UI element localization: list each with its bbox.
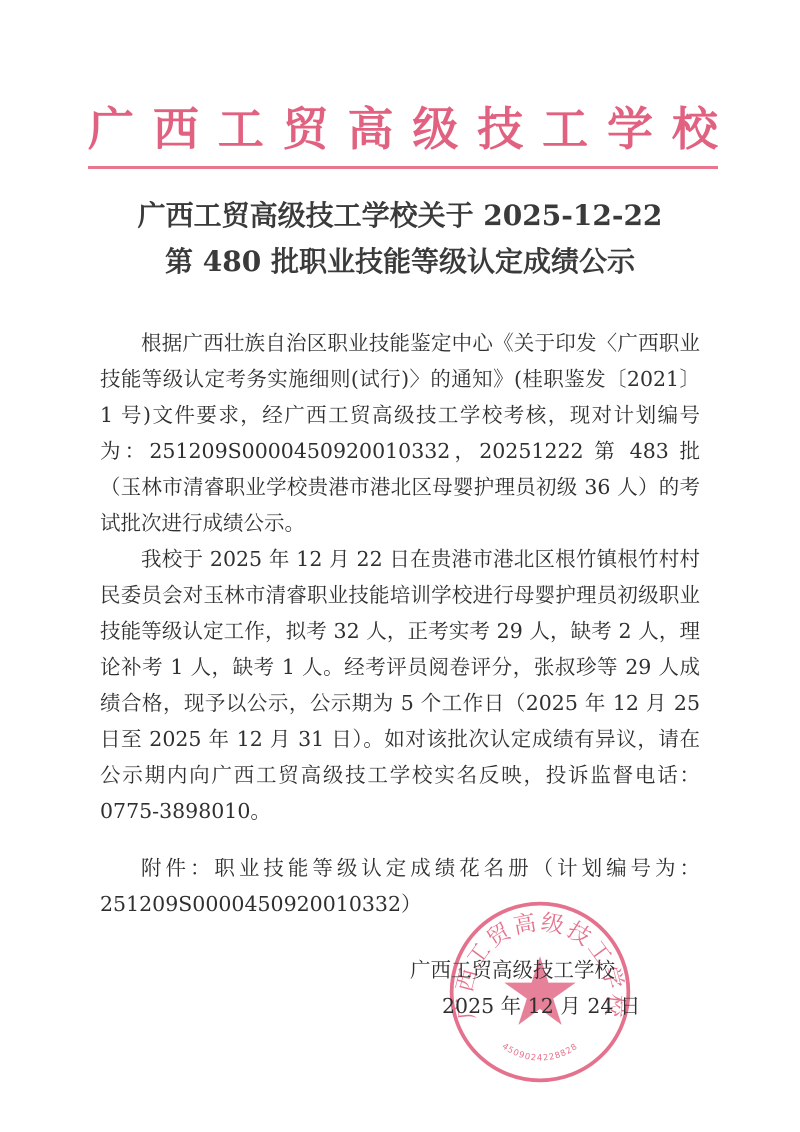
attachment-text: 附件：职业技能等级认定成绩花名册（计划编号为：251209S0000450920…	[100, 850, 700, 922]
letterhead-char: 广	[88, 93, 134, 159]
body-paragraph-1: 根据广西壮族自治区职业技能鉴定中心《关于印发〈广西职业技能等级认定考务实施细则(…	[100, 325, 700, 541]
letterhead-char: 西	[153, 93, 199, 159]
attachment-note: 附件：职业技能等级认定成绩花名册（计划编号为：251209S0000450920…	[100, 850, 700, 922]
svg-text:4509024228828: 4509024228828	[500, 1041, 579, 1063]
document-title-line-2: 第 480 批职业技能等级认定成绩公示	[0, 242, 800, 282]
signature-organization: 广西工贸高级技工学校	[410, 952, 650, 988]
letterhead-char: 学	[607, 93, 653, 159]
body-paragraph-2: 我校于 2025 年 12 月 22 日在贵港市港北区根竹镇根竹村村民委员会对玉…	[100, 541, 700, 829]
document-title-line-1: 广西工贸高级技工学校关于 2025-12-22	[0, 196, 800, 236]
letterhead-char: 工	[542, 93, 588, 159]
letterhead-char: 技	[477, 93, 523, 159]
paragraph-text: 根据广西壮族自治区职业技能鉴定中心《关于印发〈广西职业技能等级认定考务实施细则(…	[100, 325, 700, 541]
letterhead-org-name: 广 西 工 贸 高 级 技 工 学 校	[88, 96, 718, 156]
letterhead-char: 工	[218, 93, 264, 159]
paragraph-text: 我校于 2025 年 12 月 22 日在贵港市港北区根竹镇根竹村村民委员会对玉…	[100, 541, 700, 829]
signature-date: 2025 年 12 月 24 日	[442, 988, 682, 1024]
letterhead-char: 贸	[283, 93, 329, 159]
letterhead-char: 高	[348, 93, 394, 159]
letterhead-char: 级	[412, 93, 458, 159]
letterhead-char: 校	[672, 93, 718, 159]
letterhead-divider	[88, 166, 718, 169]
